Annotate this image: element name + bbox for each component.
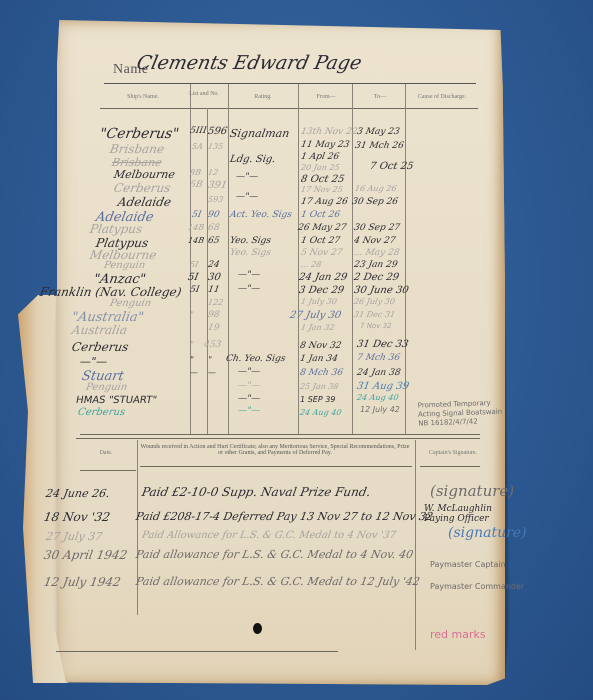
to-date: ... May 28 — [353, 248, 400, 258]
list-no: — — [189, 368, 199, 377]
official-no: 24 — [207, 260, 220, 270]
rating: Ldg. Sig. — [229, 154, 276, 165]
list-no: 5I — [189, 285, 200, 295]
from-date: 13th Nov 22 — [300, 127, 358, 137]
col-header-ship: Ship's Name. — [104, 94, 182, 100]
official-no: 11 — [207, 285, 220, 295]
from-date: 1 Oct 27 — [300, 236, 341, 246]
from-date: 11 May 23 — [300, 140, 350, 150]
awards-header-divider — [80, 470, 136, 471]
awards-top-line — [76, 438, 480, 439]
from-date: 24 Aug 40 — [299, 408, 342, 417]
discharge-note: Promoted Temporary Acting Signal Boatswa… — [418, 398, 509, 428]
to-date: 7 Mch 36 — [356, 353, 401, 363]
official-no: 135 — [207, 142, 224, 151]
col-header-rating: Rating. — [228, 94, 298, 100]
col-header-signature: Captain's Signature. — [420, 450, 486, 456]
red-stamp-mark: red marks — [430, 628, 486, 641]
to-date: 31 Aug 39 — [356, 381, 410, 392]
from-date: ... 28 — [300, 260, 322, 269]
official-no: 593 — [207, 195, 224, 204]
to-date: 26 July 30 — [353, 297, 395, 306]
official-no: 12 — [207, 168, 219, 177]
to-date: 4 Nov 27 — [353, 236, 396, 246]
official-no: 90 — [207, 210, 220, 220]
list-no: 5I — [187, 272, 199, 283]
ship-name: HMAS "STUART" — [75, 395, 158, 406]
rating: Signalman — [229, 127, 291, 140]
from-date: 1 SEP 39 — [299, 395, 336, 404]
to-date: 2 Dec 29 — [353, 272, 400, 283]
col-header-date: Date. — [78, 450, 134, 456]
col-header-wounds: Wounds received in Action and Hurt Certi… — [140, 444, 410, 456]
ship-name: Penguin — [103, 260, 146, 271]
ship-name: Cerberus — [71, 340, 130, 354]
from-date: 8 Mch 36 — [299, 368, 344, 378]
to-date: 3 May 23 — [356, 127, 400, 137]
list-no: 14B — [187, 223, 205, 232]
rating-ditto: —"— — [237, 284, 261, 294]
ship-name: Penguin — [85, 382, 128, 393]
paying-officer-signature: W. McLaughlin Paying Officer — [424, 504, 514, 524]
rating: Yeo. Sigs — [229, 236, 272, 246]
name-value: Clements Edward Page — [135, 52, 364, 74]
awards-header-divider — [420, 466, 480, 467]
rating: Ch. Yeo. Sigs — [225, 354, 286, 364]
from-date: 1 Jan 34 — [299, 354, 338, 364]
list-no: 8B — [189, 168, 202, 177]
ship-name: Brisbane — [109, 142, 166, 156]
from-date: 27 July 30 — [289, 310, 342, 321]
award-text: Paid Allowance for L.S. & G.C. Medal to … — [141, 530, 397, 541]
official-no: 453 — [203, 340, 222, 350]
to-date: 31 Dec 33 — [356, 339, 409, 350]
to-date: 30 Sep 27 — [353, 223, 401, 233]
ship-name: Adelaide — [117, 195, 173, 209]
captain-signature: (signature) — [430, 482, 514, 500]
to-date: 7 Nov 32 — [359, 322, 392, 330]
ship-name: Cerberus — [113, 181, 172, 195]
to-date: 16 Aug 26 — [354, 184, 397, 193]
awards-col-divider — [415, 440, 416, 650]
from-date: 1 Jan 32 — [300, 323, 335, 332]
col-header-from: From— — [300, 94, 352, 100]
from-date: 3 Dec 29 — [298, 285, 345, 296]
from-date: 20 Jan 25 — [300, 163, 340, 172]
ship-name: Penguin — [109, 298, 152, 309]
official-no: 596 — [207, 126, 228, 137]
punch-hole — [253, 623, 262, 634]
col-divider — [207, 108, 208, 434]
col-divider — [190, 84, 191, 434]
official-no: 68 — [207, 223, 220, 233]
rating: Act. Yeo. Sigs — [229, 210, 293, 220]
rating-ditto: —"— — [237, 394, 261, 404]
official-no: — — [207, 368, 217, 377]
official-no: 65 — [207, 236, 220, 246]
rating-ditto: —"— — [235, 192, 259, 202]
to-date: 12 July 42 — [359, 405, 400, 414]
rating-ditto: —"— — [237, 381, 261, 391]
ship-name: "Cerberus" — [99, 126, 181, 142]
from-date: 17 Aug 26 — [300, 197, 348, 207]
award-text: Paid £208-17-4 Deferred Pay 13 Nov 27 to… — [135, 510, 434, 523]
list-no: 5I — [191, 210, 202, 220]
to-date: 30 Sep 26 — [351, 197, 399, 207]
col-header-to: To— — [354, 94, 406, 100]
from-date: 8 Nov 32 — [299, 341, 342, 351]
to-date: 24 Jan 38 — [356, 368, 401, 378]
ship-name: Platypus — [89, 222, 144, 236]
official-no: 391 — [207, 180, 228, 191]
from-date: 5 Nov 27 — [300, 248, 343, 258]
official-no: 122 — [207, 298, 224, 307]
ship-name: Melbourne — [113, 168, 176, 181]
list-no: 5A — [191, 142, 203, 151]
to-date: 7 Oct 25 — [369, 161, 414, 172]
name-underline — [104, 83, 476, 84]
award-date: 24 June 26. — [45, 487, 111, 500]
ship-name: Cerberus — [77, 407, 126, 418]
list-no: 5I — [189, 260, 199, 269]
from-date: 25 Jan 38 — [299, 382, 339, 391]
ship-name: Franklin (Nav. College) — [39, 285, 183, 299]
official-no: 98 — [207, 310, 220, 320]
award-text: Paid £2-10-0 Supp. Naval Prize Fund. — [141, 485, 372, 499]
awards-bottom-line — [56, 651, 338, 652]
ship-name: —"— — [79, 355, 108, 368]
ship-name: Australia — [71, 323, 129, 337]
to-date: 31 Dec 31 — [353, 310, 396, 319]
rating-ditto: —"— — [237, 367, 261, 377]
to-date: 30 June 30 — [353, 285, 410, 296]
list-no: 14B — [187, 236, 205, 245]
official-no: 19 — [207, 323, 220, 333]
rating-ditto: —"— — [235, 172, 259, 182]
award-date: 18 Nov '32 — [43, 510, 111, 524]
award-text: Paid allowance for L.S. & G.C. Medal to … — [135, 548, 414, 561]
list-no: 5B — [189, 180, 203, 190]
awards-header-divider — [140, 466, 412, 467]
to-date: 23 Jan 29 — [353, 260, 398, 270]
from-date: 1 Apl 26 — [300, 152, 340, 162]
rating: Yeo. Sigs — [229, 248, 272, 258]
list-no: 5III — [189, 126, 207, 136]
from-date: 1 July 30 — [300, 297, 337, 306]
award-date: 30 April 1942 — [43, 548, 129, 562]
awards-col-divider — [137, 440, 138, 615]
col-header-discharge: Cause of Discharge. — [406, 94, 478, 100]
col-divider — [298, 84, 299, 434]
from-date: 1 Oct 26 — [300, 210, 341, 220]
paymaster-captain: Paymaster Captain — [430, 560, 506, 569]
award-text: Paid allowance for L.S. & G.C. Medal to … — [135, 575, 421, 588]
paymaster-commander: Paymaster Commander — [430, 582, 524, 591]
from-date: 17 Nov 25 — [300, 185, 343, 194]
header-divider — [100, 108, 478, 109]
award-date: 12 July 1942 — [43, 575, 122, 589]
to-date: 31 Mch 26 — [354, 141, 404, 151]
rating-ditto: —"— — [237, 406, 261, 416]
from-date: 8 Oct 25 — [300, 174, 345, 185]
from-date: 24 Jan 29 — [298, 272, 348, 283]
official-no: 30 — [207, 272, 222, 283]
blue-signature: (signature) — [448, 525, 527, 541]
to-date: 24 Aug 40 — [356, 393, 399, 402]
award-date: 27 July 37 — [45, 530, 104, 543]
from-date: 26 May 27 — [297, 223, 347, 233]
rating-ditto: —"— — [237, 270, 261, 280]
service-table-bottom — [80, 434, 480, 435]
